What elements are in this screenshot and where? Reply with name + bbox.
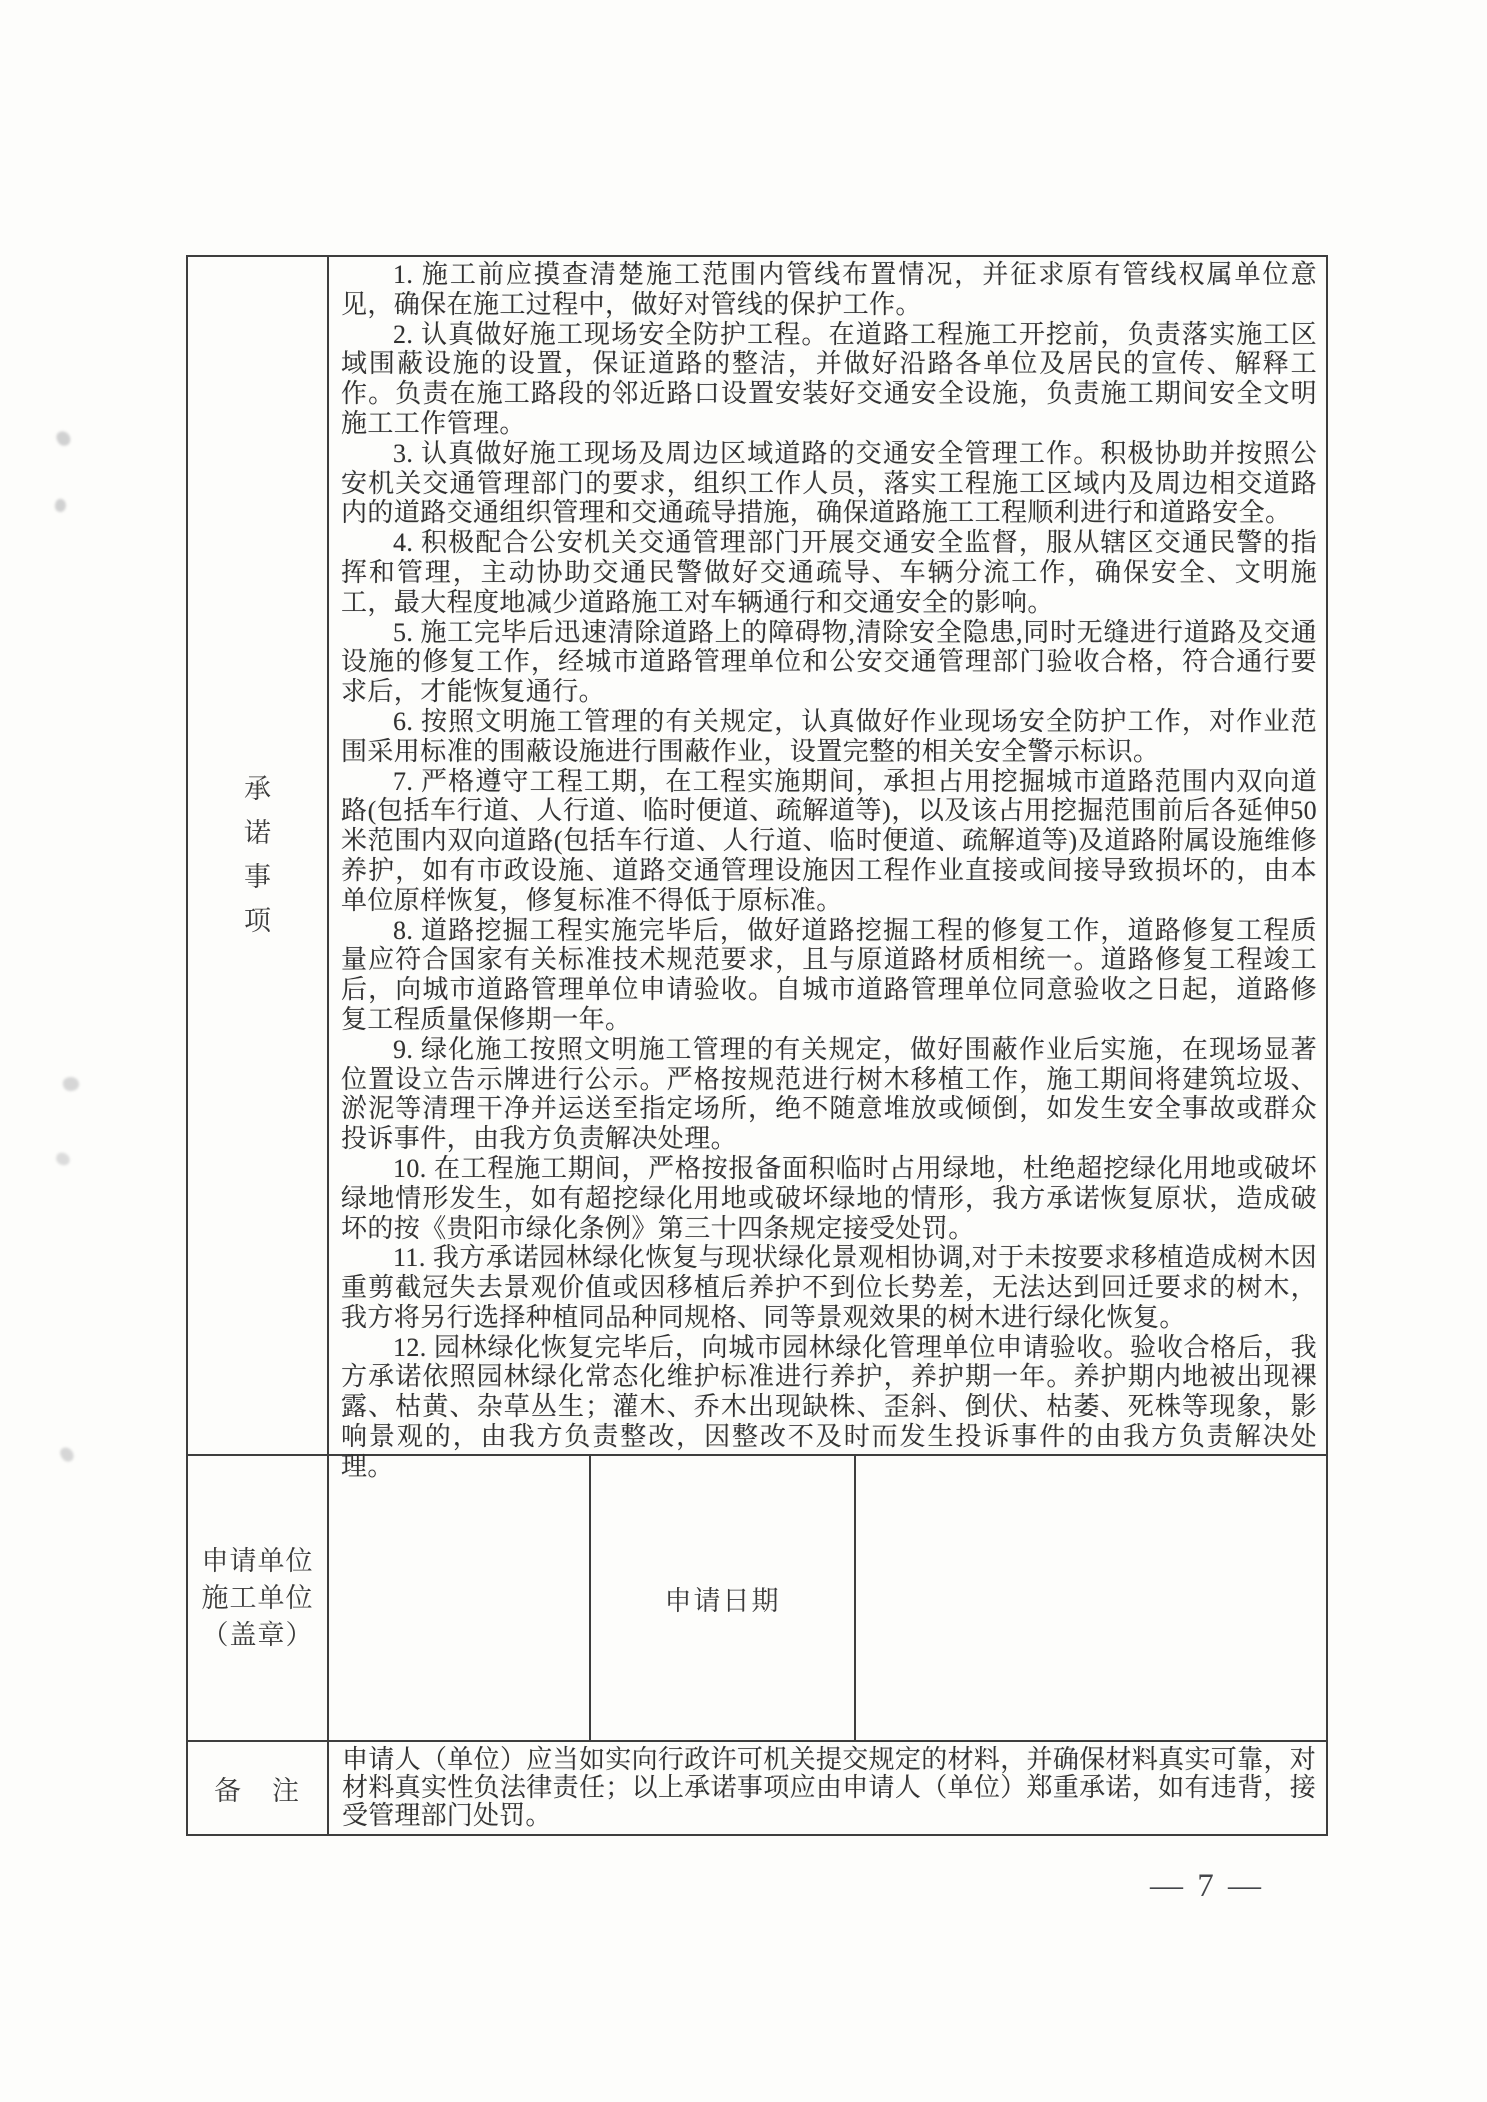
- commitment-item: 5. 施工完毕后迅速清除道路上的障碍物,清除安全隐患,同时无缝进行道路及交通设施…: [341, 618, 1317, 707]
- commitment-item: 4. 积极配合公安机关交通管理部门开展交通安全监督，服从辖区交通民警的指挥和管理…: [341, 528, 1317, 617]
- commitment-form-table: 承 诺 事 项 1. 施工前应摸查清楚施工范围内管线布置情况，并征求原有管线权属…: [186, 255, 1328, 1836]
- remarks-row: 备 注 申请人（单位）应当如实向行政许可机关提交规定的材料，并确保材料真实可靠，…: [188, 1742, 1326, 1834]
- applicant-unit-line: 申请单位: [202, 1543, 314, 1580]
- commitments-label-char-2: 诺: [244, 820, 271, 847]
- application-date-cell: 申请日期: [591, 1456, 856, 1740]
- scan-artifact: [62, 1076, 80, 1093]
- applicant-unit-label: 申请单位 施工单位 （盖章）: [188, 1456, 329, 1740]
- scan-artifact: [54, 1151, 71, 1167]
- seal-label: （盖章）: [202, 1617, 314, 1654]
- commitment-item: 2. 认真做好施工现场安全防护工程。在道路工程施工开挖前，负责落实施工区域围蔽设…: [341, 320, 1317, 439]
- applicant-signature-blank-cell: [329, 1456, 591, 1740]
- construction-unit-line: 施工单位: [202, 1580, 314, 1617]
- commitment-item: 3. 认真做好施工现场及周边区域道路的交通安全管理工作。积极协助并按照公安机关交…: [341, 439, 1317, 528]
- remarks-label-cell: 备 注: [188, 1742, 329, 1834]
- commitment-item: 1. 施工前应摸查清楚施工范围内管线布置情况，并征求原有管线权属单位意见，确保在…: [341, 260, 1317, 320]
- commitment-item: 9. 绿化施工按照文明施工管理的有关规定，做好围蔽作业后实施，在现场显著位置设立…: [341, 1035, 1317, 1154]
- application-date-label: 申请日期: [665, 1579, 781, 1618]
- application-date-blank-cell: [856, 1456, 1326, 1740]
- scanned-document-page: 承 诺 事 项 1. 施工前应摸查清楚施工范围内管线布置情况，并征求原有管线权属…: [0, 0, 1487, 2102]
- commitments-label-char-3: 事: [244, 864, 271, 891]
- application-row: 申请单位 施工单位 （盖章） 申请日期: [188, 1456, 1326, 1742]
- commitment-item: 6. 按照文明施工管理的有关规定，认真做好作业现场安全防护工作，对作业范围采用标…: [341, 707, 1317, 767]
- commitment-item: 8. 道路挖掘工程实施完毕后，做好道路挖掘工程的修复工作，道路修复工程质量应符合…: [341, 916, 1317, 1035]
- page-number: — 7 —: [1150, 1868, 1264, 1905]
- commitments-text-cell: 1. 施工前应摸查清楚施工范围内管线布置情况，并征求原有管线权属单位意见，确保在…: [329, 257, 1326, 1454]
- remarks-text: 申请人（单位）应当如实向行政许可机关提交规定的材料，并确保材料真实可靠，对材料真…: [342, 1746, 1316, 1829]
- commitments-row: 承 诺 事 项 1. 施工前应摸查清楚施工范围内管线布置情况，并征求原有管线权属…: [188, 257, 1326, 1456]
- scan-artifact: [58, 1445, 76, 1464]
- remarks-text-cell: 申请人（单位）应当如实向行政许可机关提交规定的材料，并确保材料真实可靠，对材料真…: [329, 1742, 1326, 1834]
- commitments-row-label: 承 诺 事 项: [188, 257, 329, 1454]
- commitment-item: 7. 严格遵守工程工期，在工程实施期间，承担占用挖掘城市道路范围内双向道路(包括…: [341, 767, 1317, 916]
- remarks-label: 备 注: [214, 1769, 301, 1808]
- commitments-label-char-4: 项: [244, 908, 271, 935]
- commitments-label-char-1: 承: [244, 776, 271, 803]
- scan-artifact: [54, 429, 72, 448]
- commitment-item: 11. 我方承诺园林绿化恢复与现状绿化景观相协调,对于未按要求移植造成树木因重剪…: [341, 1243, 1317, 1332]
- commitment-item: 10. 在工程施工期间，严格按报备面积临时占用绿地，杜绝超挖绿化用地或破坏绿地情…: [341, 1154, 1317, 1243]
- scan-artifact: [54, 498, 68, 513]
